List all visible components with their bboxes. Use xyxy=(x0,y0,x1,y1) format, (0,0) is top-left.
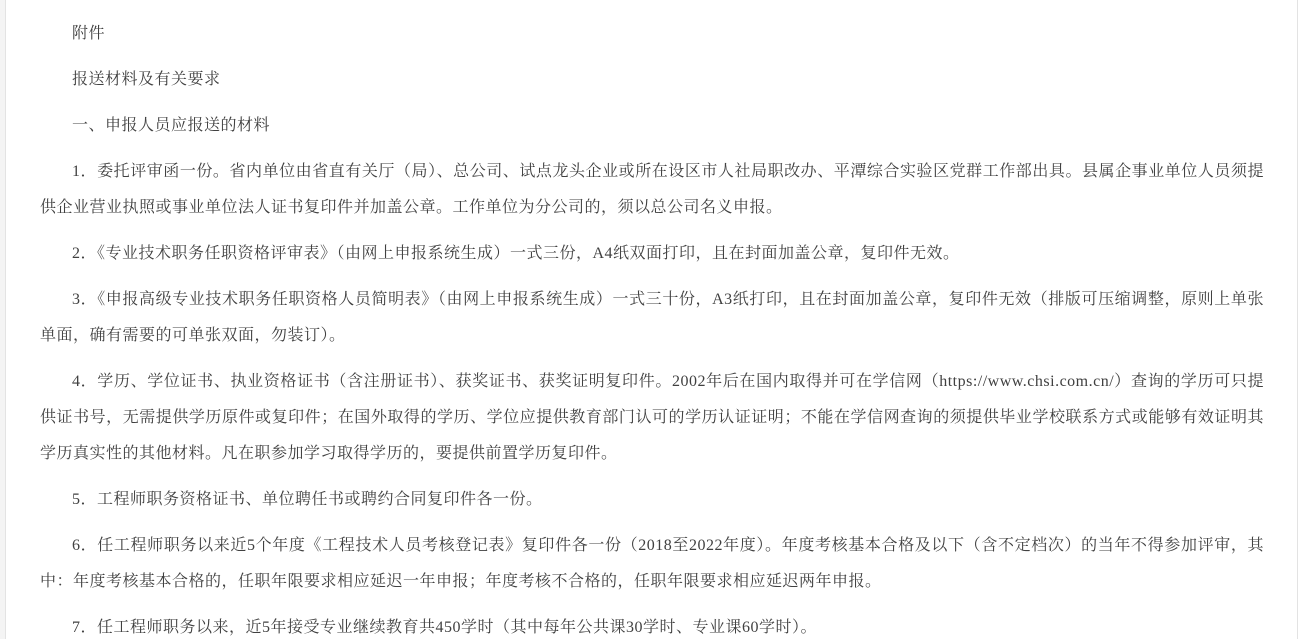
list-item-7: 7．任工程师职务以来，近5年接受专业继续教育共450学时（其中每年公共课30学时… xyxy=(40,610,1264,639)
list-item-2: 2．《专业技术职务任职资格评审表》（由网上申报系统生成）一式三份，A4纸双面打印… xyxy=(40,236,1264,272)
list-item-1: 1．委托评审函一份。省内单位由省直有关厅（局）、总公司、试点龙头企业或所在设区市… xyxy=(40,154,1264,226)
list-item-6: 6．任工程师职务以来近5个年度《工程技术人员考核登记表》复印件各一份（2018至… xyxy=(40,528,1264,600)
attachment-label: 附件 xyxy=(40,16,1264,52)
list-item-5: 5．工程师职务资格证书、单位聘任书或聘约合同复印件各一份。 xyxy=(40,482,1264,518)
section-1-heading: 一、申报人员应报送的材料 xyxy=(40,108,1264,144)
document-body: 附件 报送材料及有关要求 一、申报人员应报送的材料 1．委托评审函一份。省内单位… xyxy=(0,0,1304,639)
document-title: 报送材料及有关要求 xyxy=(40,62,1264,98)
list-item-3: 3．《申报高级专业技术职务任职资格人员简明表》（由网上申报系统生成）一式三十份，… xyxy=(40,282,1264,354)
list-item-4: 4．学历、学位证书、执业资格证书（含注册证书）、获奖证书、获奖证明复印件。200… xyxy=(40,364,1264,472)
